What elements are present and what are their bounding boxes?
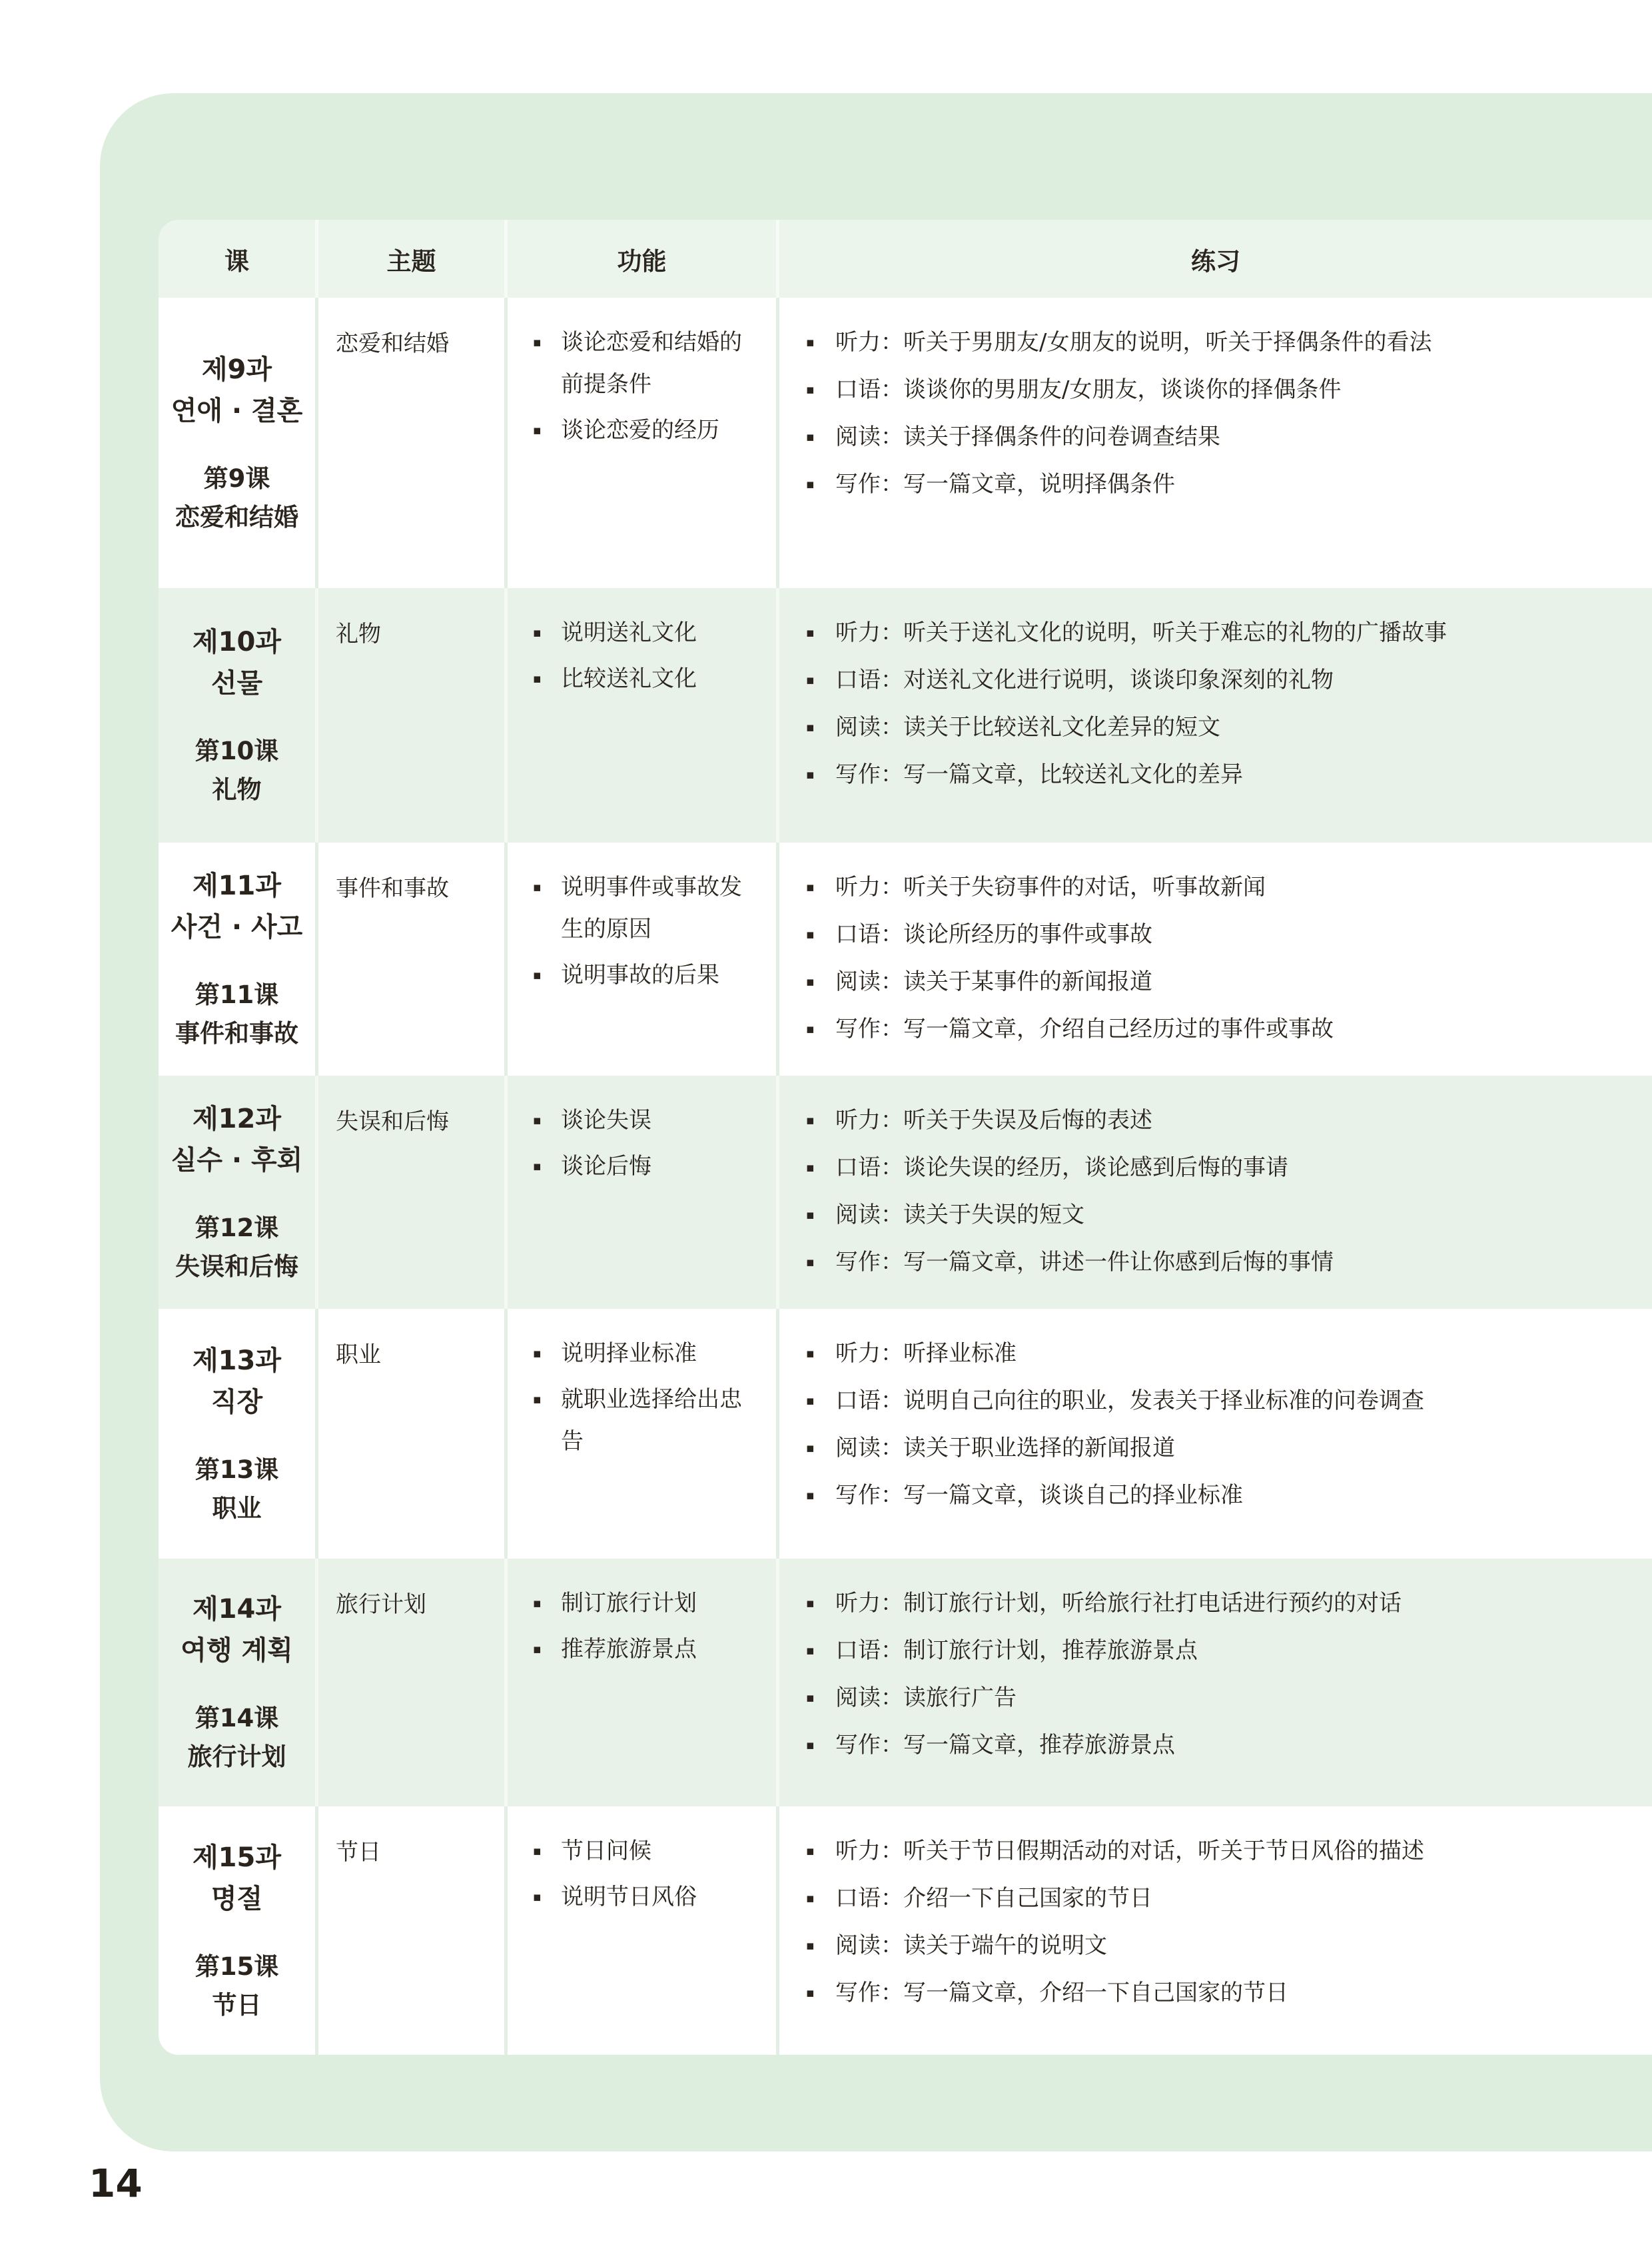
practice-item: ▪听力：听择业标准	[806, 1333, 1492, 1375]
practice-item: ▪写作：写一篇文章，介绍一下自己国家的节日	[806, 1972, 1492, 2014]
bullet-icon: ▪	[806, 1333, 835, 1375]
practice-skill-label: 听力：	[835, 867, 903, 909]
practice-item: ▪阅读：读关于比较送礼文化差异的短文	[806, 707, 1492, 749]
practice-text: 谈论失误的经历，谈论感到后悔的事请	[903, 1147, 1492, 1189]
practice-skill-label: 阅读：	[835, 1194, 903, 1236]
practice-cell: ▪听力：听关于节日假期活动的对话，听关于节日风俗的描述▪口语：介绍一下自己国家的…	[776, 1806, 1652, 2055]
lesson-cell: 제15과명절 第15课节日	[159, 1806, 315, 2055]
lesson-title-korean: 제11과사건 · 사고	[171, 865, 303, 948]
bullet-icon: ▪	[806, 1380, 835, 1422]
page-number: 14	[89, 2161, 143, 2206]
function-text: 说明择业标准	[561, 1333, 763, 1375]
functions-cell: ▪说明择业标准▪就职业选择给出忠告	[504, 1309, 776, 1559]
function-text: 说明节日风俗	[561, 1876, 763, 1918]
function-item: ▪就职业选择给出忠告	[533, 1379, 763, 1463]
bullet-icon: ▪	[806, 1878, 835, 1920]
practice-skill-label: 口语：	[835, 1630, 903, 1672]
practice-skill-label: 写作：	[835, 1972, 903, 2014]
lesson-cell: 제9과연애 · 결혼 第9课恋爱和结婚	[159, 298, 315, 588]
function-text: 就职业选择给出忠告	[561, 1379, 763, 1463]
practice-text: 谈谈你的男朋友/女朋友，谈谈你的择偶条件	[903, 369, 1492, 411]
bullet-icon: ▪	[806, 1147, 835, 1189]
function-text: 谈论恋爱的经历	[561, 410, 763, 452]
bullet-icon: ▪	[806, 416, 835, 458]
function-item: ▪说明择业标准	[533, 1333, 763, 1375]
lesson-cell: 제14과여행 계획 第14课旅行计划	[159, 1559, 315, 1806]
table-row: 제12과실수 · 후회 第12课失误和后悔 失误和后悔 ▪谈论失误▪谈论后悔 ▪…	[159, 1076, 1652, 1309]
functions-cell: ▪说明事件或事故发生的原因▪说明事故的后果	[504, 843, 776, 1076]
practice-item: ▪阅读：读关于择偶条件的问卷调查结果	[806, 416, 1492, 458]
function-item: ▪推荐旅游景点	[533, 1629, 763, 1671]
bullet-icon: ▪	[533, 1876, 561, 1918]
practice-text: 读关于职业选择的新闻报道	[903, 1427, 1492, 1469]
function-text: 谈论失误	[561, 1100, 763, 1142]
bullet-icon: ▪	[533, 1583, 561, 1625]
practice-text: 写一篇文章，讲述一件让你感到后悔的事情	[903, 1242, 1492, 1284]
function-text: 说明送礼文化	[561, 612, 763, 654]
functions-cell: ▪节日问候▪说明节日风俗	[504, 1806, 776, 2055]
practice-text: 对送礼文化进行说明，谈谈印象深刻的礼物	[903, 659, 1492, 701]
practice-skill-label: 听力：	[835, 1583, 903, 1625]
bullet-icon: ▪	[806, 961, 835, 1003]
topic-label: 恋爱和结婚	[336, 324, 492, 363]
practice-item: ▪听力：听关于失误及后悔的表述	[806, 1100, 1492, 1142]
table-row: 제15과명절 第15课节日 节日 ▪节日问候▪说明节日风俗 ▪听力：听关于节日假…	[159, 1806, 1652, 2055]
function-text: 节日问候	[561, 1830, 763, 1872]
practice-item: ▪写作：写一篇文章，比较送礼文化的差异	[806, 754, 1492, 796]
lesson-title-korean: 제9과연애 · 결혼	[171, 349, 303, 432]
bullet-icon: ▪	[806, 1724, 835, 1766]
bullet-icon: ▪	[806, 1194, 835, 1236]
practice-text: 写一篇文章，比较送礼文化的差异	[903, 754, 1492, 796]
practice-skill-label: 听力：	[835, 322, 903, 364]
practice-item: ▪口语：谈谈你的男朋友/女朋友，谈谈你的择偶条件	[806, 369, 1492, 411]
practice-item: ▪口语：对送礼文化进行说明，谈谈印象深刻的礼物	[806, 659, 1492, 701]
practice-item: ▪口语：介绍一下自己国家的节日	[806, 1878, 1492, 1920]
table-body: 제9과연애 · 결혼 第9课恋爱和结婚 恋爱和结婚 ▪谈论恋爱和结婚的前提条件▪…	[159, 298, 1652, 2055]
topic-cell: 恋爱和结婚	[315, 298, 504, 588]
practice-text: 写一篇文章，介绍一下自己国家的节日	[903, 1972, 1492, 2014]
practice-text: 写一篇文章，介绍自己经历过的事件或事故	[903, 1008, 1492, 1050]
practice-skill-label: 写作：	[835, 464, 903, 506]
bullet-icon: ▪	[533, 612, 561, 654]
table-header-row: 课 主题 功能 练习	[159, 220, 1652, 298]
practice-text: 读旅行广告	[903, 1677, 1492, 1719]
topic-cell: 旅行计划	[315, 1559, 504, 1806]
practice-text: 听关于男朋友/女朋友的说明，听关于择偶条件的看法	[903, 322, 1492, 364]
bullet-icon: ▪	[806, 1475, 835, 1517]
practice-item: ▪听力：听关于男朋友/女朋友的说明，听关于择偶条件的看法	[806, 322, 1492, 364]
lesson-cell: 제12과실수 · 후회 第12课失误和后悔	[159, 1076, 315, 1309]
practice-text: 听关于失窃事件的对话，听事故新闻	[903, 867, 1492, 909]
practice-item: ▪写作：写一篇文章，说明择偶条件	[806, 464, 1492, 506]
bullet-icon: ▪	[806, 1630, 835, 1672]
lesson-title-korean: 제15과명절	[193, 1837, 281, 1920]
practice-item: ▪阅读：读旅行广告	[806, 1677, 1492, 1719]
practice-item: ▪写作：写一篇文章，讲述一件让你感到后悔的事情	[806, 1242, 1492, 1284]
practice-text: 读关于端午的说明文	[903, 1925, 1492, 1967]
practice-cell: ▪听力：听关于送礼文化的说明，听关于难忘的礼物的广播故事▪口语：对送礼文化进行说…	[776, 588, 1652, 843]
bullet-icon: ▪	[806, 1677, 835, 1719]
bullet-icon: ▪	[533, 867, 561, 950]
function-text: 说明事故的后果	[561, 954, 763, 996]
practice-item: ▪写作：写一篇文章，谈谈自己的择业标准	[806, 1475, 1492, 1517]
practice-text: 介绍一下自己国家的节日	[903, 1878, 1492, 1920]
practice-text: 读关于择偶条件的问卷调查结果	[903, 416, 1492, 458]
bullet-icon: ▪	[533, 1379, 561, 1463]
practice-skill-label: 口语：	[835, 1878, 903, 1920]
lesson-title-chinese: 第13课职业	[195, 1451, 279, 1528]
practice-text: 写一篇文章，说明择偶条件	[903, 464, 1492, 506]
book-page: 课 主题 功能 练习 제9과연애 · 결혼 第9课恋爱和结婚 恋爱和结婚 ▪谈论…	[0, 0, 1652, 2242]
practice-skill-label: 阅读：	[835, 1427, 903, 1469]
practice-cell: ▪听力：听关于失误及后悔的表述▪口语：谈论失误的经历，谈论感到后悔的事请▪阅读：…	[776, 1076, 1652, 1309]
lesson-title-chinese: 第15课节日	[195, 1948, 279, 2025]
function-text: 推荐旅游景点	[561, 1629, 763, 1671]
practice-skill-label: 听力：	[835, 1830, 903, 1872]
functions-cell: ▪制订旅行计划▪推荐旅游景点	[504, 1559, 776, 1806]
practice-text: 读关于比较送礼文化差异的短文	[903, 707, 1492, 749]
practice-item: ▪阅读：读关于失误的短文	[806, 1194, 1492, 1236]
practice-item: ▪写作：写一篇文章，介绍自己经历过的事件或事故	[806, 1008, 1492, 1050]
practice-cell: ▪听力：听关于失窃事件的对话，听事故新闻▪口语：谈论所经历的事件或事故▪阅读：读…	[776, 843, 1652, 1076]
bullet-icon: ▪	[533, 1100, 561, 1142]
topic-label: 节日	[336, 1833, 492, 1872]
table-row: 제10과선물 第10课礼物 礼物 ▪说明送礼文化▪比较送礼文化 ▪听力：听关于送…	[159, 588, 1652, 843]
bullet-icon: ▪	[533, 1333, 561, 1375]
practice-skill-label: 写作：	[835, 1475, 903, 1517]
syllabus-table: 课 主题 功能 练习 제9과연애 · 결혼 第9课恋爱和结婚 恋爱和结婚 ▪谈论…	[159, 220, 1652, 2055]
practice-text: 听择业标准	[903, 1333, 1492, 1375]
header-lesson: 课	[159, 220, 315, 298]
practice-cell: ▪听力：听择业标准▪口语：说明自己向往的职业，发表关于择业标准的问卷调查▪阅读：…	[776, 1309, 1652, 1559]
bullet-icon: ▪	[533, 1830, 561, 1872]
bullet-icon: ▪	[806, 1242, 835, 1284]
practice-skill-label: 阅读：	[835, 416, 903, 458]
practice-skill-label: 写作：	[835, 1242, 903, 1284]
function-text: 谈论后悔	[561, 1146, 763, 1188]
practice-skill-label: 听力：	[835, 1100, 903, 1142]
lesson-cell: 제11과사건 · 사고 第11课事件和事故	[159, 843, 315, 1076]
lesson-title-korean: 제12과실수 · 후회	[171, 1098, 303, 1181]
bullet-icon: ▪	[533, 322, 561, 406]
topic-label: 职业	[336, 1335, 492, 1374]
bullet-icon: ▪	[806, 1972, 835, 2014]
practice-item: ▪写作：写一篇文章，推荐旅游景点	[806, 1724, 1492, 1766]
bullet-icon: ▪	[533, 658, 561, 700]
practice-item: ▪口语：谈论失误的经历，谈论感到后悔的事请	[806, 1147, 1492, 1189]
practice-skill-label: 写作：	[835, 1724, 903, 1766]
functions-cell: ▪说明送礼文化▪比较送礼文化	[504, 588, 776, 843]
practice-skill-label: 写作：	[835, 754, 903, 796]
function-item: ▪说明事故的后果	[533, 954, 763, 996]
function-item: ▪谈论恋爱和结婚的前提条件	[533, 322, 763, 406]
bullet-icon: ▪	[806, 754, 835, 796]
practice-text: 读关于某事件的新闻报道	[903, 961, 1492, 1003]
bullet-icon: ▪	[806, 867, 835, 909]
practice-item: ▪口语：制订旅行计划，推荐旅游景点	[806, 1630, 1492, 1672]
function-item: ▪谈论失误	[533, 1100, 763, 1142]
practice-text: 听关于送礼文化的说明，听关于难忘的礼物的广播故事	[903, 612, 1492, 654]
topic-cell: 失误和后悔	[315, 1076, 504, 1309]
topic-label: 礼物	[336, 615, 492, 653]
practice-text: 谈论所经历的事件或事故	[903, 914, 1492, 956]
bullet-icon: ▪	[806, 464, 835, 506]
practice-skill-label: 听力：	[835, 1333, 903, 1375]
functions-cell: ▪谈论失误▪谈论后悔	[504, 1076, 776, 1309]
function-item: ▪制订旅行计划	[533, 1583, 763, 1625]
lesson-title-chinese: 第10课礼物	[195, 732, 279, 809]
lesson-cell: 제10과선물 第10课礼物	[159, 588, 315, 843]
lesson-title-chinese: 第9课恋爱和结婚	[175, 460, 298, 537]
practice-text: 说明自己向往的职业，发表关于择业标准的问卷调查	[903, 1380, 1492, 1422]
bullet-icon: ▪	[533, 410, 561, 452]
practice-skill-label: 听力：	[835, 612, 903, 654]
topic-cell: 节日	[315, 1806, 504, 2055]
functions-cell: ▪谈论恋爱和结婚的前提条件▪谈论恋爱的经历	[504, 298, 776, 588]
practice-item: ▪听力：制订旅行计划，听给旅行社打电话进行预约的对话	[806, 1583, 1492, 1625]
function-item: ▪谈论恋爱的经历	[533, 410, 763, 452]
practice-item: ▪口语：谈论所经历的事件或事故	[806, 914, 1492, 956]
bullet-icon: ▪	[806, 322, 835, 364]
bullet-icon: ▪	[806, 612, 835, 654]
practice-skill-label: 阅读：	[835, 961, 903, 1003]
topic-label: 事件和事故	[336, 869, 492, 908]
practice-item: ▪听力：听关于送礼文化的说明，听关于难忘的礼物的广播故事	[806, 612, 1492, 654]
lesson-title-korean: 제10과선물	[193, 621, 281, 704]
practice-item: ▪阅读：读关于端午的说明文	[806, 1925, 1492, 1967]
practice-skill-label: 阅读：	[835, 1925, 903, 1967]
function-item: ▪谈论后悔	[533, 1146, 763, 1188]
lesson-title-chinese: 第12课失误和后悔	[175, 1209, 298, 1286]
function-item: ▪说明事件或事故发生的原因	[533, 867, 763, 950]
table-row: 제9과연애 · 결혼 第9课恋爱和结婚 恋爱和结婚 ▪谈论恋爱和结婚的前提条件▪…	[159, 298, 1652, 588]
bullet-icon: ▪	[806, 1830, 835, 1872]
practice-skill-label: 写作：	[835, 1008, 903, 1050]
function-text: 制订旅行计划	[561, 1583, 763, 1625]
practice-item: ▪阅读：读关于某事件的新闻报道	[806, 961, 1492, 1003]
lesson-title-korean: 제13과직장	[193, 1340, 281, 1423]
table-row: 제13과직장 第13课职业 职业 ▪说明择业标准▪就职业选择给出忠告 ▪听力：听…	[159, 1309, 1652, 1559]
lesson-title-korean: 제14과여행 계획	[181, 1589, 293, 1671]
practice-skill-label: 口语：	[835, 369, 903, 411]
practice-skill-label: 口语：	[835, 914, 903, 956]
function-item: ▪说明送礼文化	[533, 612, 763, 654]
practice-cell: ▪听力：听关于男朋友/女朋友的说明，听关于择偶条件的看法▪口语：谈谈你的男朋友/…	[776, 298, 1652, 588]
function-item: ▪说明节日风俗	[533, 1876, 763, 1918]
bullet-icon: ▪	[533, 1629, 561, 1671]
bullet-icon: ▪	[533, 954, 561, 996]
practice-item: ▪听力：听关于失窃事件的对话，听事故新闻	[806, 867, 1492, 909]
lesson-cell: 제13과직장 第13课职业	[159, 1309, 315, 1559]
practice-item: ▪阅读：读关于职业选择的新闻报道	[806, 1427, 1492, 1469]
bullet-icon: ▪	[806, 707, 835, 749]
header-practice: 练习	[776, 220, 1652, 298]
topic-cell: 职业	[315, 1309, 504, 1559]
bullet-icon: ▪	[533, 1146, 561, 1188]
lesson-title-chinese: 第14课旅行计划	[188, 1699, 286, 1776]
bullet-icon: ▪	[806, 914, 835, 956]
topic-label: 失误和后悔	[336, 1102, 492, 1141]
topic-cell: 礼物	[315, 588, 504, 843]
bullet-icon: ▪	[806, 1925, 835, 1967]
table-row: 제14과여행 계획 第14课旅行计划 旅行计划 ▪制订旅行计划▪推荐旅游景点 ▪…	[159, 1559, 1652, 1806]
header-topic: 主题	[315, 220, 504, 298]
practice-text: 听关于失误及后悔的表述	[903, 1100, 1492, 1142]
practice-cell: ▪听力：制订旅行计划，听给旅行社打电话进行预约的对话▪口语：制订旅行计划，推荐旅…	[776, 1559, 1652, 1806]
practice-text: 制订旅行计划，推荐旅游景点	[903, 1630, 1492, 1672]
practice-text: 听关于节日假期活动的对话，听关于节日风俗的描述	[903, 1830, 1492, 1872]
bullet-icon: ▪	[806, 369, 835, 411]
practice-skill-label: 口语：	[835, 1380, 903, 1422]
bullet-icon: ▪	[806, 1427, 835, 1469]
bullet-icon: ▪	[806, 1100, 835, 1142]
function-item: ▪比较送礼文化	[533, 658, 763, 700]
function-text: 谈论恋爱和结婚的前提条件	[561, 322, 763, 406]
practice-text: 写一篇文章，谈谈自己的择业标准	[903, 1475, 1492, 1517]
header-function: 功能	[504, 220, 776, 298]
bullet-icon: ▪	[806, 1008, 835, 1050]
practice-skill-label: 阅读：	[835, 707, 903, 749]
bullet-icon: ▪	[806, 1583, 835, 1625]
practice-item: ▪口语：说明自己向往的职业，发表关于择业标准的问卷调查	[806, 1380, 1492, 1422]
practice-skill-label: 口语：	[835, 659, 903, 701]
practice-text: 制订旅行计划，听给旅行社打电话进行预约的对话	[903, 1583, 1492, 1625]
practice-skill-label: 阅读：	[835, 1677, 903, 1719]
function-text: 说明事件或事故发生的原因	[561, 867, 763, 950]
function-text: 比较送礼文化	[561, 658, 763, 700]
lesson-title-chinese: 第11课事件和事故	[175, 976, 298, 1053]
bullet-icon: ▪	[806, 659, 835, 701]
table-row: 제11과사건 · 사고 第11课事件和事故 事件和事故 ▪说明事件或事故发生的原…	[159, 843, 1652, 1076]
practice-item: ▪听力：听关于节日假期活动的对话，听关于节日风俗的描述	[806, 1830, 1492, 1872]
topic-cell: 事件和事故	[315, 843, 504, 1076]
practice-skill-label: 口语：	[835, 1147, 903, 1189]
practice-text: 写一篇文章，推荐旅游景点	[903, 1724, 1492, 1766]
practice-text: 读关于失误的短文	[903, 1194, 1492, 1236]
topic-label: 旅行计划	[336, 1585, 492, 1624]
function-item: ▪节日问候	[533, 1830, 763, 1872]
